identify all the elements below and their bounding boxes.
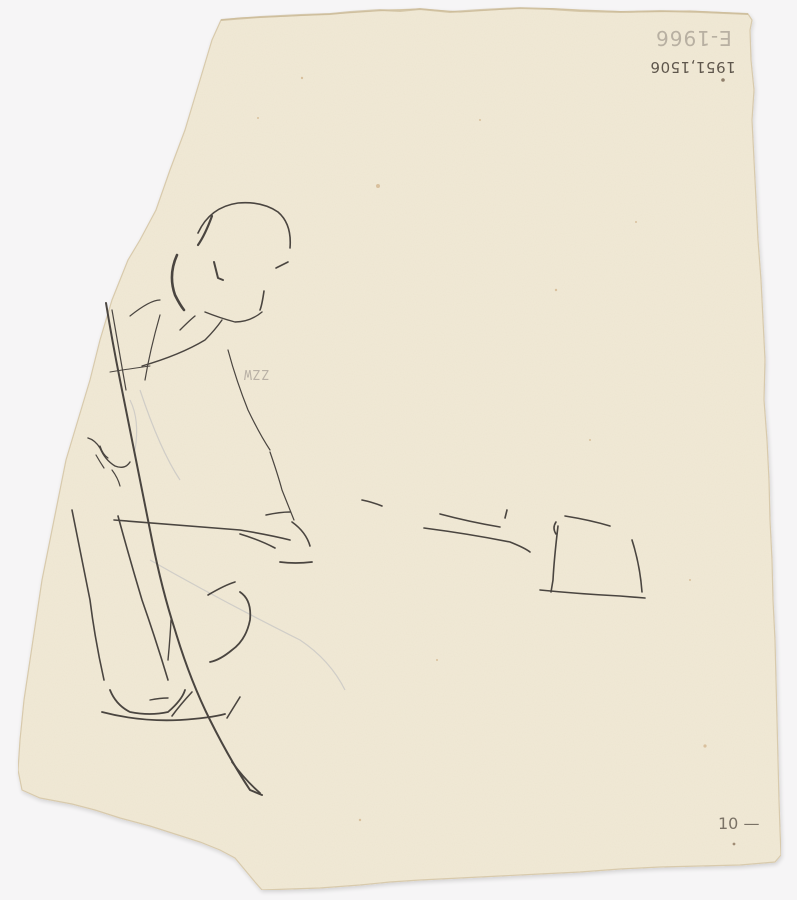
- paper-sheet: [18, 8, 781, 890]
- page-number: 10 —: [718, 814, 759, 833]
- artwork-canvas: E-1966 1951,1506 ZZW 10 —: [0, 0, 797, 900]
- faint-mark: ZZW: [243, 366, 269, 381]
- drawing-svg: [0, 0, 797, 900]
- accession-number: 1951,1506: [650, 58, 736, 76]
- inventory-number: E-1966: [655, 26, 732, 50]
